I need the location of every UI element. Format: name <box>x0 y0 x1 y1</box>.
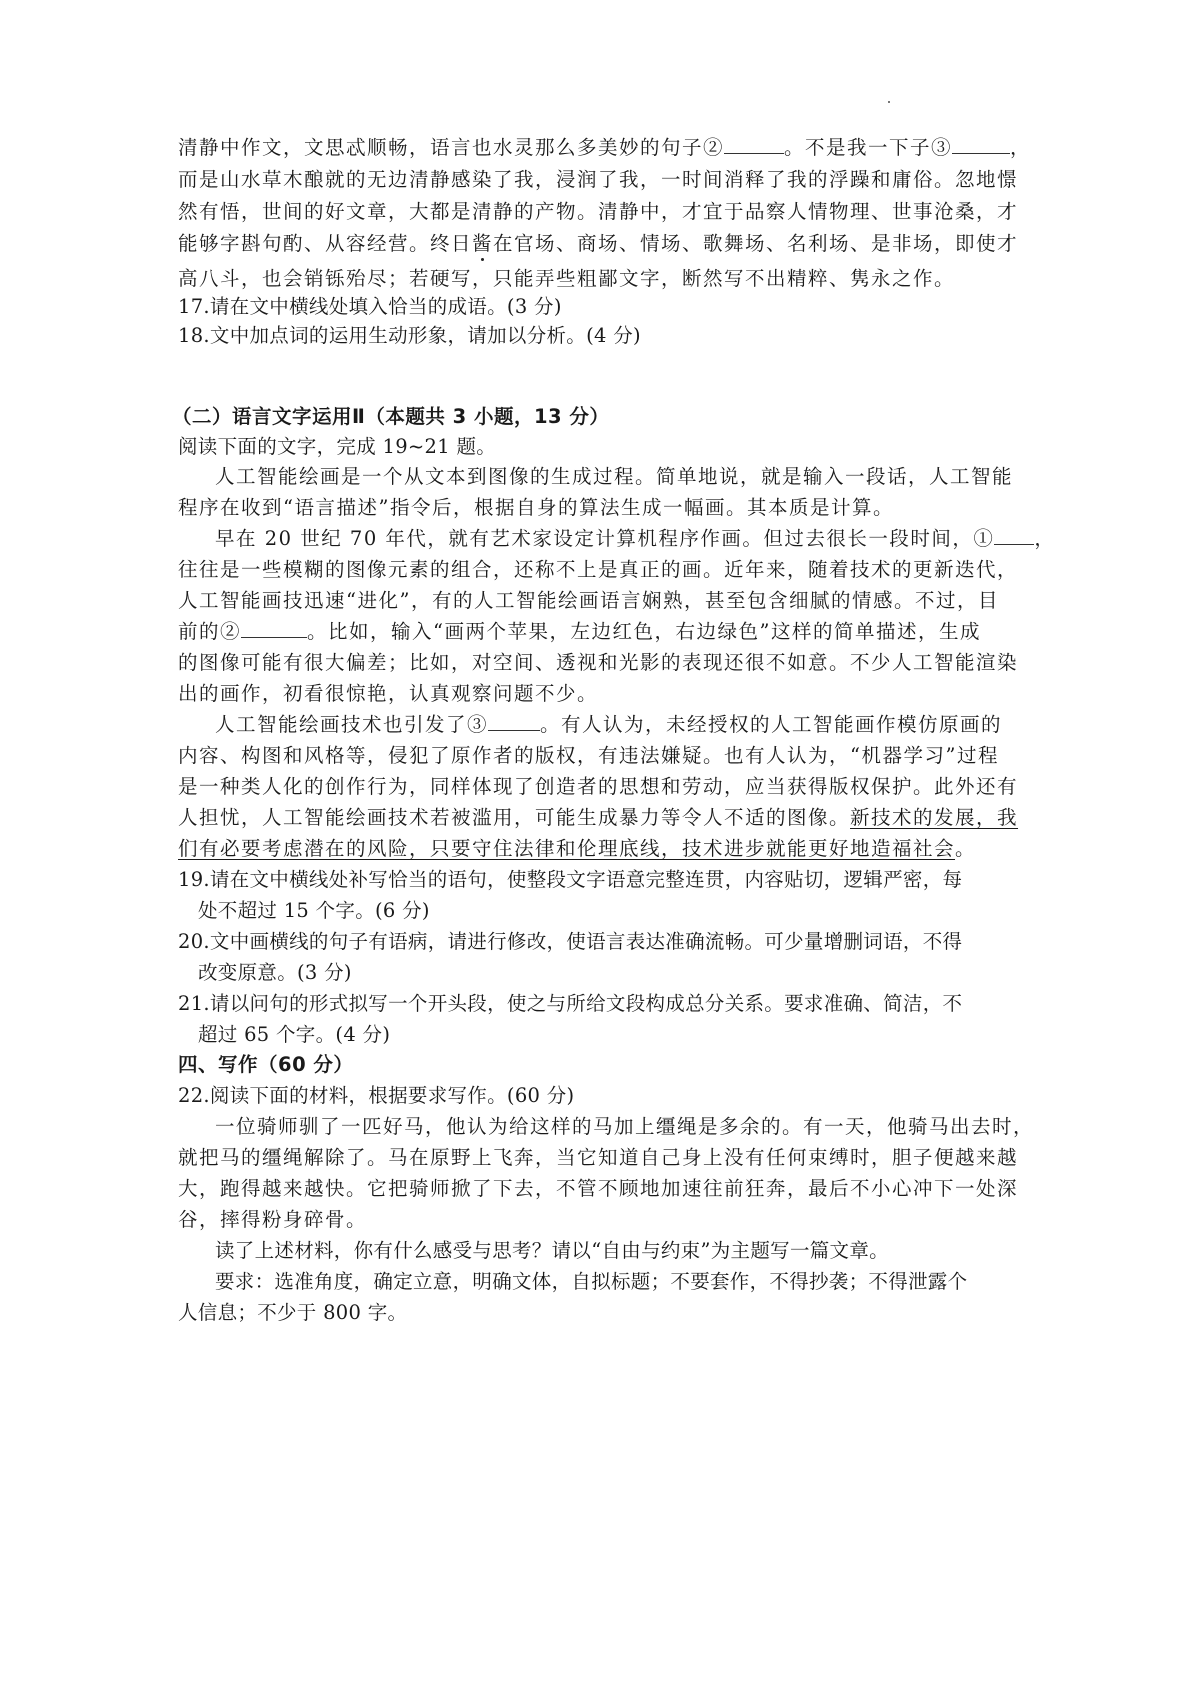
passage1-line-1: 清静中作文，文思忒顺畅，语言也水灵那么多美妙的句子②。不是我一下子③， <box>178 133 1031 163</box>
material-line-3: 大，跑得越来越快。它把骑师掀了下去，不管不顾地加速往前狂奔，最后不小心冲下一处深 <box>178 1174 1018 1204</box>
text: 人工智能绘画技术也引发了③ <box>215 713 488 736</box>
exam-page: 清静中作文，文思忒顺畅，语言也水灵那么多美妙的句子②。不是我一下子③， 而是山水… <box>0 0 1200 1698</box>
passage2-p1-line2: 程序在收到“语言描述”指令后，根据自身的算法生成一幅画。其本质是计算。 <box>178 493 894 523</box>
writing-requirements-2: 人信息；不少于 800 字。 <box>178 1298 407 1328</box>
text: 清静中作文，文思忒顺畅，语言也水灵那么多美妙的句子② <box>178 136 724 159</box>
text: 在官场、商场、情场、歌舞场、名利场、是非场，即使才 <box>493 232 1018 255</box>
text: ， <box>1010 136 1031 159</box>
text: 。不是我一下子③ <box>784 136 952 159</box>
answer-blank-2b <box>241 617 307 638</box>
passage2-p3-line5: 们有必要考虑潜在的风险，只要守住法律和伦理底线，技术进步就能更好地造福社会。 <box>178 834 976 864</box>
material-line-1: 一位骑师驯了一匹好马，他认为给这样的马加上缰绳是多余的。有一天，他骑马出去时， <box>215 1112 1034 1142</box>
material-line-4: 谷，摔得粉身碎骨。 <box>178 1205 367 1235</box>
answer-blank-1 <box>994 524 1034 545</box>
text: 人担忧，人工智能绘画技术若被滥用，可能生成暴力等令人不适的图像。 <box>178 806 850 829</box>
passage2-p2-line6: 出的画作，初看很惊艳，认真观察问题不少。 <box>178 679 598 709</box>
section2-title: （二）语言文字运用Ⅱ（本题共 3 小题，13 分） <box>172 402 609 432</box>
passage2-p2-line5: 的图像可能有很大偏差；比如，对空间、透视和光影的表现还很不如意。不少人工智能渲染 <box>178 648 1018 678</box>
text: ， <box>1034 527 1055 550</box>
text: 。有人认为，未经授权的人工智能画作模仿原画的 <box>540 713 1002 736</box>
passage2-p2-line2: 往往是一些模糊的图像元素的组合，还称不上是真正的画。近年来，随着技术的更新迭代， <box>178 555 1018 585</box>
section2-instruction: 阅读下面的文字，完成 19~21 题。 <box>178 432 496 462</box>
answer-blank-3b <box>488 710 540 731</box>
underlined-sentence: 新技术的发展，我 <box>850 806 1018 829</box>
passage2-p2-line4: 前的②。比如，输入“画两个苹果，左边红色，右边绿色”这样的简单描述，生成 <box>178 617 981 647</box>
answer-blank-3 <box>952 133 1010 154</box>
question-19: 19.请在文中横线处补写恰当的语句，使整段文字语意完整连贯，内容贴切，逻辑严密，… <box>178 865 962 895</box>
passage1-line-5: 高八斗，也会销铄殆尽；若硬写，只能弄些粗鄙文字，断然写不出精粹、隽永之作。 <box>178 264 955 294</box>
passage1-line-4: 能够字斟句酌、从容经营。终日酱在官场、商场、情场、歌舞场、名利场、是非场，即使才 <box>178 229 1018 259</box>
writing-requirements-1: 要求：选准角度，确定立意，明确文体，自拟标题；不要套作，不得抄袭；不得泄露个 <box>215 1267 967 1297</box>
question-17: 17.请在文中横线处填入恰当的成语。(3 分) <box>178 292 562 322</box>
passage1-line-3: 然有悟，世间的好文章，大都是清静的产物。清静中，才宜于品察人情物理、世事沧桑，才 <box>178 197 1018 227</box>
passage2-p3-line3: 是一种类人化的创作行为，同样体现了创造者的思想和劳动，应当获得版权保护。此外还有 <box>178 772 1018 802</box>
passage2-p3-line1: 人工智能绘画技术也引发了③。有人认为，未经授权的人工智能画作模仿原画的 <box>215 710 1002 740</box>
passage2-p3-line4: 人担忧，人工智能绘画技术若被滥用，可能生成暴力等令人不适的图像。新技术的发展，我 <box>178 803 1018 833</box>
passage2-p1-line1: 人工智能绘画是一个从文本到图像的生成过程。简单地说，就是输入一段话，人工智能 <box>215 462 1013 492</box>
underlined-sentence: 们有必要考虑潜在的风险，只要守住法律和伦理底线，技术进步就能更好地造福社会 <box>178 837 955 860</box>
passage2-p2-line3: 人工智能画技迅速“进化”，有的人工智能绘画语言娴熟，甚至包含细腻的情感。不过，目 <box>178 586 999 616</box>
question-21: 21.请以问句的形式拟写一个开头段，使之与所给文段构成总分关系。要求准确、简洁，… <box>178 989 962 1019</box>
question-21-cont: 超过 65 个字。(4 分) <box>198 1020 390 1050</box>
question-20-cont: 改变原意。(3 分) <box>198 958 352 988</box>
material-line-2: 就把马的缰绳解除了。马在原野上飞奔，当它知道自己身上没有任何束缚时，胆子便越来越 <box>178 1143 1018 1173</box>
writing-prompt: 读了上述材料，你有什么感受与思考？请以“自由与约束”为主题写一篇文章。 <box>215 1236 889 1266</box>
passage1-line-2: 而是山水草木酿就的无边清静感染了我，浸润了我，一时间消释了我的浮躁和庸俗。忽地憬 <box>178 165 1018 195</box>
answer-blank-2 <box>724 133 784 154</box>
scan-speck <box>888 101 890 103</box>
question-22: 22.阅读下面的材料，根据要求写作。(60 分) <box>178 1081 574 1111</box>
passage2-p2-line1: 早在 20 世纪 70 年代，就有艺术家设定计算机程序作画。但过去很长一段时间，… <box>215 524 1055 554</box>
text: 能够字斟句酌、从容经营。终日 <box>178 232 472 255</box>
text: 前的② <box>178 620 241 643</box>
question-18: 18.文中加点词的运用生动形象，请加以分析。(4 分) <box>178 321 641 351</box>
dotted-word: 酱 <box>472 232 493 255</box>
question-20: 20.文中画横线的句子有语病，请进行修改，使语言表达准确流畅。可少量增删词语，不… <box>178 927 962 957</box>
passage2-p3-line2: 内容、构图和风格等，侵犯了原作者的版权，有违法嫌疑。也有人认为，“机器学习”过程 <box>178 741 999 771</box>
question-19-cont: 处不超过 15 个字。(6 分) <box>198 896 430 926</box>
text: 。 <box>955 837 976 860</box>
section4-title: 四、写作（60 分） <box>178 1050 353 1080</box>
text: 早在 20 世纪 70 年代，就有艺术家设定计算机程序作画。但过去很长一段时间，… <box>215 527 994 550</box>
text: 。比如，输入“画两个苹果，左边红色，右边绿色”这样的简单描述，生成 <box>307 620 981 643</box>
